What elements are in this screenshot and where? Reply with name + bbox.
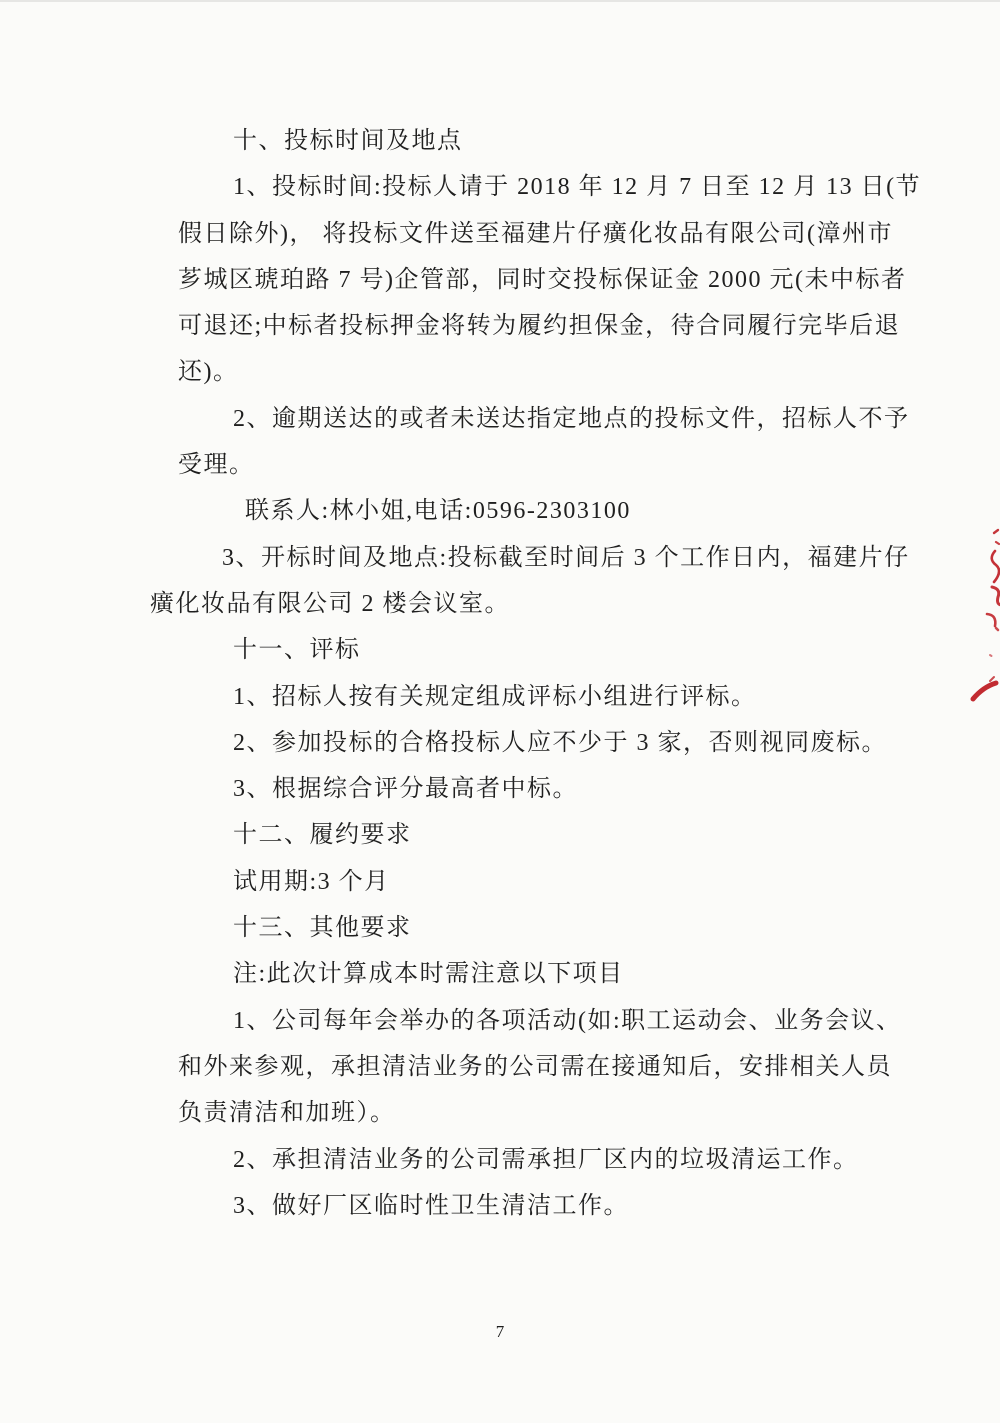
text-line: 3、开标时间及地点:投标截至时间后 3 个工作日内，福建片仔 bbox=[178, 535, 908, 581]
text-line: 2、参加投标的合格投标人应不少于 3 家，否则视同废标。 bbox=[178, 720, 908, 766]
section-heading: 十、投标时间及地点 bbox=[178, 118, 908, 164]
scanned-document-page: 十、投标时间及地点 1、投标时间:投标人请于 2018 年 12 月 7 日至 … bbox=[0, 0, 1000, 1423]
text-line: 1、公司每年会举办的各项活动(如:职工运动会、业务会议、 bbox=[178, 998, 908, 1044]
text-line: 癀化妆品有限公司 2 楼会议室。 bbox=[150, 581, 908, 627]
text-line: 1、招标人按有关规定组成评标小组进行评标。 bbox=[178, 674, 908, 720]
text-line: 受理。 bbox=[178, 442, 908, 488]
text-line: 3、做好厂区临时性卫生清洁工作。 bbox=[178, 1183, 908, 1229]
contact-line: 联系人:林小姐,电话:0596-2303100 bbox=[178, 488, 908, 534]
red-ink-marks-icon bbox=[965, 512, 1000, 712]
text-line: 3、根据综合评分最高者中标。 bbox=[178, 766, 908, 812]
scan-edge-artifact bbox=[0, 0, 1000, 2]
section-heading: 十一、评标 bbox=[178, 627, 908, 673]
text-line: 2、承担清洁业务的公司需承担厂区内的垃圾清运工作。 bbox=[178, 1137, 908, 1183]
text-line: 负责清洁和加班）。 bbox=[178, 1090, 908, 1136]
text-line: 还)。 bbox=[178, 349, 908, 395]
text-line: 假日除外)， 将投标文件送至福建片仔癀化妆品有限公司(漳州市 bbox=[178, 211, 908, 257]
text-line: 可退还;中标者投标押金将转为履约担保金，待合同履行完毕后退 bbox=[178, 303, 908, 349]
page-number: 7 bbox=[0, 1322, 1000, 1342]
text-line: 试用期:3 个月 bbox=[178, 859, 908, 905]
text-line: 和外来参观，承担清洁业务的公司需在接通知后，安排相关人员 bbox=[178, 1044, 908, 1090]
text-line: 2、逾期送达的或者未送达指定地点的投标文件，招标人不予 bbox=[178, 396, 908, 442]
text-line: 1、投标时间:投标人请于 2018 年 12 月 7 日至 12 月 13 日(… bbox=[178, 164, 908, 210]
section-heading: 十三、其他要求 bbox=[178, 905, 908, 951]
text-line: 注:此次计算成本时需注意以下项目 bbox=[178, 951, 908, 997]
section-heading: 十二、履约要求 bbox=[178, 812, 908, 858]
document-body: 十、投标时间及地点 1、投标时间:投标人请于 2018 年 12 月 7 日至 … bbox=[178, 118, 908, 1229]
text-line: 芗城区琥珀路 7 号)企管部，同时交投标保证金 2000 元(未中标者 bbox=[178, 257, 908, 303]
